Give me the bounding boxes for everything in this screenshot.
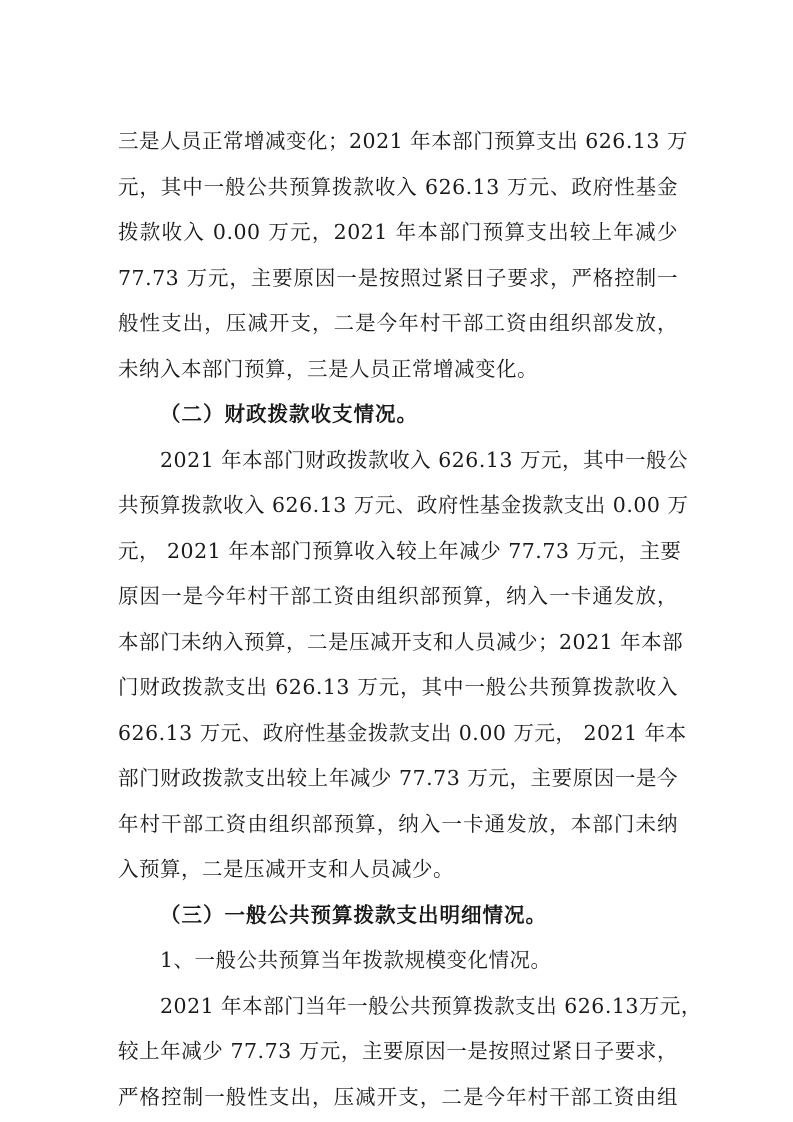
section-heading-3: （三）一般公共预算拨款支出明细情况。 xyxy=(160,900,720,930)
paragraph-line: 年村干部工资由组织部预算，纳入一卡通发放，本部门未纳 xyxy=(118,809,678,839)
paragraph-line: 元，其中一般公共预算拨款收入 626.13 万元、政府性基金 xyxy=(118,172,678,202)
paragraph-line: 2021 年本部门财政拨款收入 626.13 万元，其中一般公 xyxy=(160,445,678,475)
paragraph-line: 入预算，二是压减开支和人员减少。 xyxy=(118,854,678,884)
paragraph-line: 626.13 万元、政府性基金拨款支出 0.00 万元， 2021 年本 xyxy=(118,718,678,748)
paragraph-line: 本部门未纳入预算，二是压减开支和人员减少；2021 年本部 xyxy=(118,627,678,657)
paragraph-line: 部门财政拨款支出较上年减少 77.73 万元，主要原因一是今 xyxy=(118,763,678,793)
paragraph-line: 未纳入本部门预算，三是人员正常增减变化。 xyxy=(118,354,678,384)
paragraph-line: 2021 年本部门当年一般公共预算拨款支出 626.13万元， xyxy=(160,991,678,1021)
document-page: 三是人员正常增减变化；2021 年本部门预算支出 626.13 万 元，其中一般… xyxy=(0,0,793,1122)
paragraph-line: 般性支出，压减开支，二是今年村干部工资由组织部发放， xyxy=(118,308,678,338)
paragraph-line: 共预算拨款收入 626.13 万元、政府性基金拨款支出 0.00 万 xyxy=(118,490,678,520)
paragraph-line: 原因一是今年村干部工资由组织部预算，纳入一卡通发放， xyxy=(118,581,678,611)
paragraph-line: 严格控制一般性支出，压减开支，二是今年村干部工资由组 xyxy=(118,1082,678,1112)
paragraph-line: 77.73 万元，主要原因一是按照过紧日子要求，严格控制一 xyxy=(118,263,678,293)
subheading-1: 1、一般公共预算当年拨款规模变化情况。 xyxy=(160,945,678,975)
paragraph-line: 较上年减少 77.73 万元，主要原因一是按照过紧日子要求， xyxy=(118,1036,678,1066)
paragraph-line: 三是人员正常增减变化；2021 年本部门预算支出 626.13 万 xyxy=(118,126,678,156)
paragraph-line: 门财政拨款支出 626.13 万元，其中一般公共预算拨款收入 xyxy=(118,672,678,702)
paragraph-line: 拨款收入 0.00 万元，2021 年本部门预算支出较上年减少 xyxy=(118,217,678,247)
section-heading-2: （二）财政拨款收支情况。 xyxy=(160,399,720,429)
paragraph-line: 元， 2021 年本部门预算收入较上年减少 77.73 万元，主要 xyxy=(118,536,678,566)
